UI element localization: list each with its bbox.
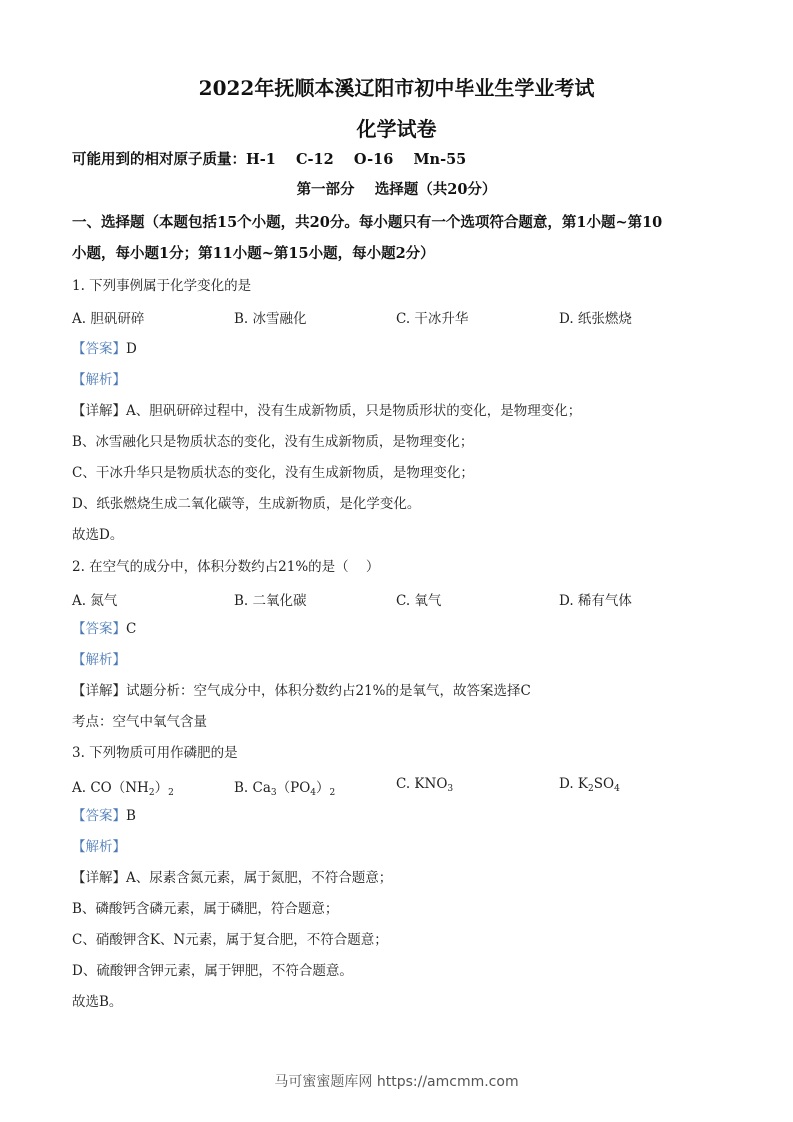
detail-line: C、干冰升华只是物质状态的变化，没有生成新物质，是物理变化；: [72, 464, 474, 482]
detail-tag: 【详解】: [72, 683, 126, 699]
option-d: D. 稀有气体: [559, 589, 632, 609]
answer-value: C: [126, 621, 136, 637]
exam-subtitle: 化学试卷: [0, 113, 793, 142]
analysis-tag: 【解析】: [72, 651, 126, 669]
detail-line: C、硝酸钾含K、N元素，属于复合肥，不符合题意；: [72, 931, 388, 949]
option-d: D. 纸张燃烧: [559, 307, 632, 327]
conclusion-line: 故选B。: [72, 993, 122, 1011]
analysis-tag: 【解析】: [72, 838, 126, 856]
detail-line: 【详解】A、胆矾研碎过程中，没有生成新物质，只是物质形状的变化，是物理变化；: [72, 402, 581, 420]
option-c: C. KNO3: [396, 776, 453, 794]
question-stem: 1. 下列事例属于化学变化的是: [72, 277, 251, 295]
analysis-tag: 【解析】: [72, 371, 126, 389]
section-instructions-1: 一、选择题（本题包括15个小题，共20分。每小题只有一个选项符合题意，第1小题~…: [72, 214, 662, 232]
answer-value: D: [126, 341, 137, 357]
answer-tag: 【答案】: [72, 621, 126, 637]
answer-line: 【答案】B: [72, 807, 136, 825]
answer-tag: 【答案】: [72, 341, 126, 357]
answer-tag: 【答案】: [72, 808, 126, 824]
option-b: B. Ca3（PO4）2: [234, 776, 335, 798]
option-b: B. 二氧化碳: [234, 589, 307, 609]
atomic-masses: 可能用到的相对原子质量：H-1 C-12 O-16 Mn-55: [72, 151, 466, 169]
detail-text: A、胆矾研碎过程中，没有生成新物质，只是物质形状的变化，是物理变化；: [126, 403, 581, 419]
section-instructions-2: 小题，每小题1分；第11小题~第15小题，每小题2分）: [72, 245, 435, 263]
option-a: A. 氮气: [72, 589, 117, 609]
detail-line: B、磷酸钙含磷元素，属于磷肥，符合题意；: [72, 900, 338, 918]
conclusion-line: 故选D。: [72, 526, 123, 544]
answer-value: B: [126, 808, 136, 824]
detail-text: 试题分析：空气成分中，体积分数约占21%的是氧气，故答案选择C: [126, 683, 531, 699]
detail-line: D、纸张燃烧生成二氧化碳等，生成新物质，是化学变化。: [72, 495, 420, 513]
detail-line: D、硫酸钾含钾元素，属于钾肥，不符合题意。: [72, 962, 353, 980]
option-d: D. K2SO4: [559, 776, 620, 794]
answer-line: 【答案】D: [72, 340, 137, 358]
exam-title: 2022年抚顺本溪辽阳市初中毕业生学业考试: [0, 72, 793, 101]
question-stem: 2. 在空气的成分中，体积分数约占21%的是（ ）: [72, 558, 379, 576]
option-b: B. 冰雪融化: [234, 307, 307, 327]
question-stem: 3. 下列物质可用作磷肥的是: [72, 744, 238, 762]
part-heading: 第一部分 选择题（共20分）: [0, 181, 793, 199]
detail-tag: 【详解】: [72, 403, 126, 419]
watermark-footer: 马可蜜蜜题库网 https://amcmm.com: [0, 1071, 793, 1091]
option-c: C. 氧气: [396, 589, 441, 609]
detail-text: A、尿素含氮元素，属于氮肥，不符合题意；: [126, 870, 392, 886]
answer-line: 【答案】C: [72, 620, 136, 638]
detail-line: 【详解】试题分析：空气成分中，体积分数约占21%的是氧气，故答案选择C: [72, 682, 531, 700]
exam-page: 2022年抚顺本溪辽阳市初中毕业生学业考试 化学试卷 可能用到的相对原子质量：H…: [0, 0, 793, 1122]
option-a: A. 胆矾研碎: [72, 307, 144, 327]
detail-tag: 【详解】: [72, 870, 126, 886]
detail-line: B、冰雪融化只是物质状态的变化，没有生成新物质，是物理变化；: [72, 433, 473, 451]
knowledge-point: 考点：空气中氧气含量: [72, 713, 207, 731]
detail-line: 【详解】A、尿素含氮元素，属于氮肥，不符合题意；: [72, 869, 392, 887]
option-c: C. 干冰升华: [396, 307, 468, 327]
option-a: A. CO（NH2）2: [72, 776, 174, 798]
